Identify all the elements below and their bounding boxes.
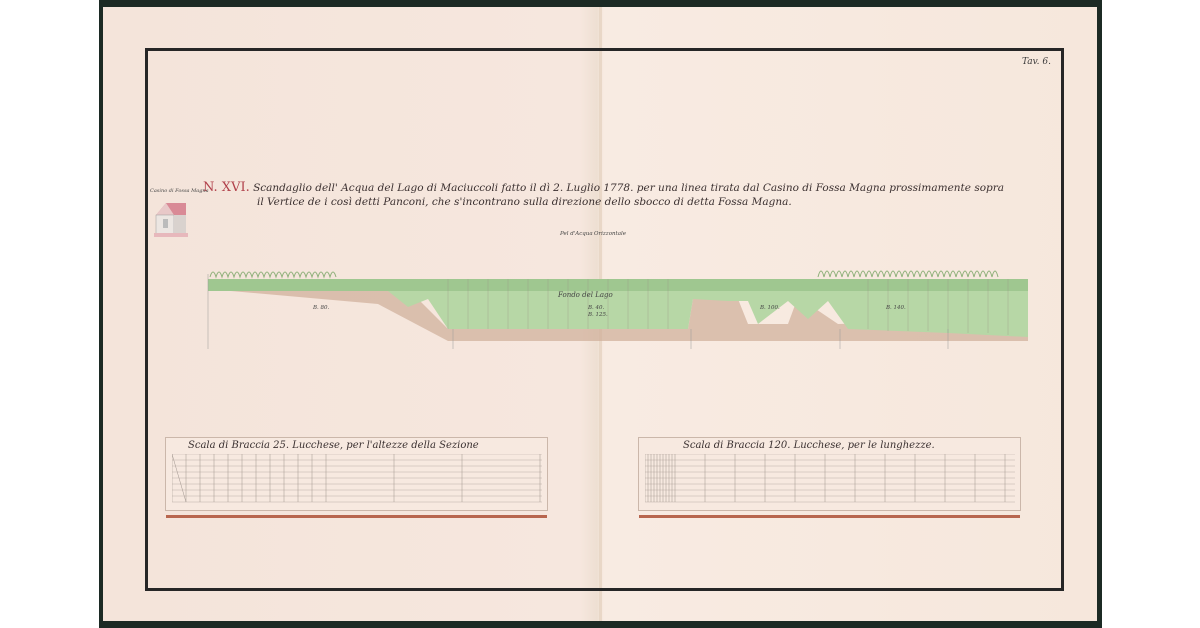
distance-label-5: B. 140. [886, 305, 906, 311]
height-scale-bar [166, 515, 547, 518]
building-label: Casino di Fossa Magna [150, 188, 209, 194]
paper-sheet: Tav. 6. N. XVI. Scandaglio dell' Acqua d… [103, 7, 1097, 621]
length-scale-bar [639, 515, 1020, 518]
water-level-note: Orizzontale [594, 231, 626, 237]
distance-label-2: B. 40. [588, 305, 604, 311]
height-scale-title: Scala di Braccia 25. Lucchese, per l'alt… [188, 440, 479, 451]
length-scale-title: Scala di Braccia 120. Lucchese, per le l… [683, 440, 935, 451]
title-line-1: Scandaglio dell' Acqua del Lago di Maciu… [253, 182, 1004, 194]
length-scale-grid [645, 454, 1015, 504]
water-level-label: Pel d'Acqua [560, 231, 593, 237]
plate-label: Tav. 6. [1022, 57, 1051, 67]
title-line-2: il Vertice de i così detti Panconi, che … [203, 196, 792, 208]
title-number: N. XVI. [203, 180, 250, 195]
length-scale: Scala di Braccia 120. Lucchese, per le l… [638, 437, 1021, 511]
lake-bottom-label: Fondo del Lago [558, 291, 613, 299]
drawing-frame: Tav. 6. N. XVI. Scandaglio dell' Acqua d… [145, 48, 1064, 591]
height-scale-grid [172, 454, 542, 504]
lake-cross-section [148, 229, 1028, 349]
distance-label-1: B. 80. [313, 305, 329, 311]
height-scale: Scala di Braccia 25. Lucchese, per l'alt… [165, 437, 548, 511]
drawing-title: N. XVI. Scandaglio dell' Acqua del Lago … [203, 181, 1033, 209]
distance-label-3: B. 125. [588, 312, 608, 318]
scanned-manuscript: Tav. 6. N. XVI. Scandaglio dell' Acqua d… [99, 0, 1102, 628]
distance-label-4: B. 100. [760, 305, 780, 311]
